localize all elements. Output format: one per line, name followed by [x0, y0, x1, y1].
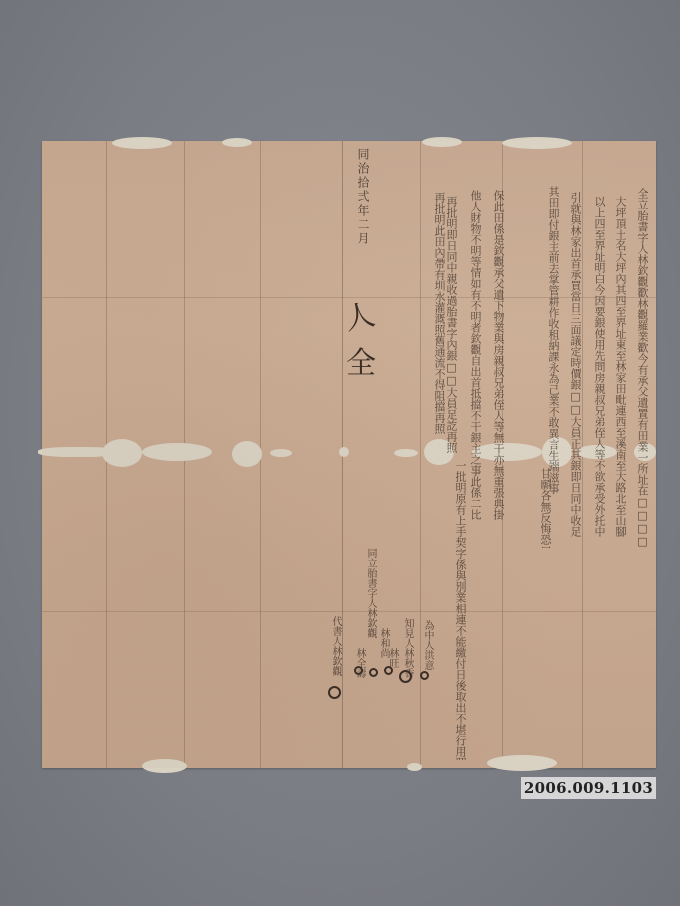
catalog-number-label: 2006.009.1103 [521, 777, 656, 799]
paper-tear [394, 449, 418, 457]
text-column: 其田即付銀主前去掌管耕作收租納課永為己業不敢異言生端滋事 [548, 186, 559, 716]
signature-witness: 為中人洪意 [420, 620, 435, 670]
paper-tear [232, 441, 262, 467]
seal-mark [420, 671, 429, 680]
fold-line [260, 141, 261, 768]
text-column: 他人財物不明等情如有不明者欽觀自出首抵擋不干銀主之事此係二比 [470, 190, 481, 750]
paper-tear [102, 439, 142, 467]
fold-line [184, 141, 185, 768]
seal-mark [384, 666, 393, 675]
paper-tear [502, 137, 572, 149]
paper-tear [222, 138, 252, 147]
paper-tear [270, 449, 292, 457]
signature-scribe: 代書人林欽觀 [328, 616, 343, 676]
fold-line [582, 141, 583, 768]
text-column: 再批明此田內帶有圳水灌溉照舊通流不得阻擋再照 [434, 192, 445, 462]
text-column: 以上四至界址明白今因要銀使用先問房親叔兄弟侄人等不欲承受外托中 [594, 196, 605, 756]
paper-tear [339, 447, 349, 457]
text-column: 一批明原有上手契字係與別業相連不能繳付日後取出不堪行用照 [455, 460, 466, 760]
text-column: 大坪頂土名大坪內其四至界址東至林家田毗連西至溪南至大路北至山腳 [615, 196, 626, 756]
signature-cosigner: 林旺 [385, 648, 400, 668]
signature-witness: 知見人林秋香 [400, 618, 415, 678]
document-date: 同治拾弍年二月 [355, 148, 372, 246]
seal-mark [328, 686, 341, 699]
fold-line [42, 611, 656, 612]
paper-tear [487, 755, 557, 771]
paper-tear [472, 443, 542, 461]
document-title-char: 全 [346, 338, 376, 382]
paper-tear [407, 763, 422, 771]
paper-tear [38, 447, 118, 457]
fold-line [106, 141, 107, 768]
seal-mark [369, 668, 378, 677]
text-column: 保此田係是欽觀承父遺下物業與房親叔兄弟侄人等無干亦無重張典掛 [493, 190, 504, 750]
paper-tear [112, 137, 172, 149]
seal-mark [399, 670, 412, 683]
historical-document [42, 141, 656, 768]
text-column: 甘願各無反悔恐口無憑合立胎書字一紙付執為照 [540, 468, 551, 548]
seal-mark [354, 666, 363, 675]
paper-tear [142, 443, 212, 461]
text-column: 全立胎書字人林欽觀歡林觀羅業歡今有承父遺置有田業一所址在□□□□ [637, 188, 648, 748]
paper-tear [422, 137, 462, 147]
paper-tear [142, 759, 187, 773]
text-column: 引就與林家出首承買當日三面議定時價銀□□大員正其銀即日同中收足 [570, 192, 581, 752]
